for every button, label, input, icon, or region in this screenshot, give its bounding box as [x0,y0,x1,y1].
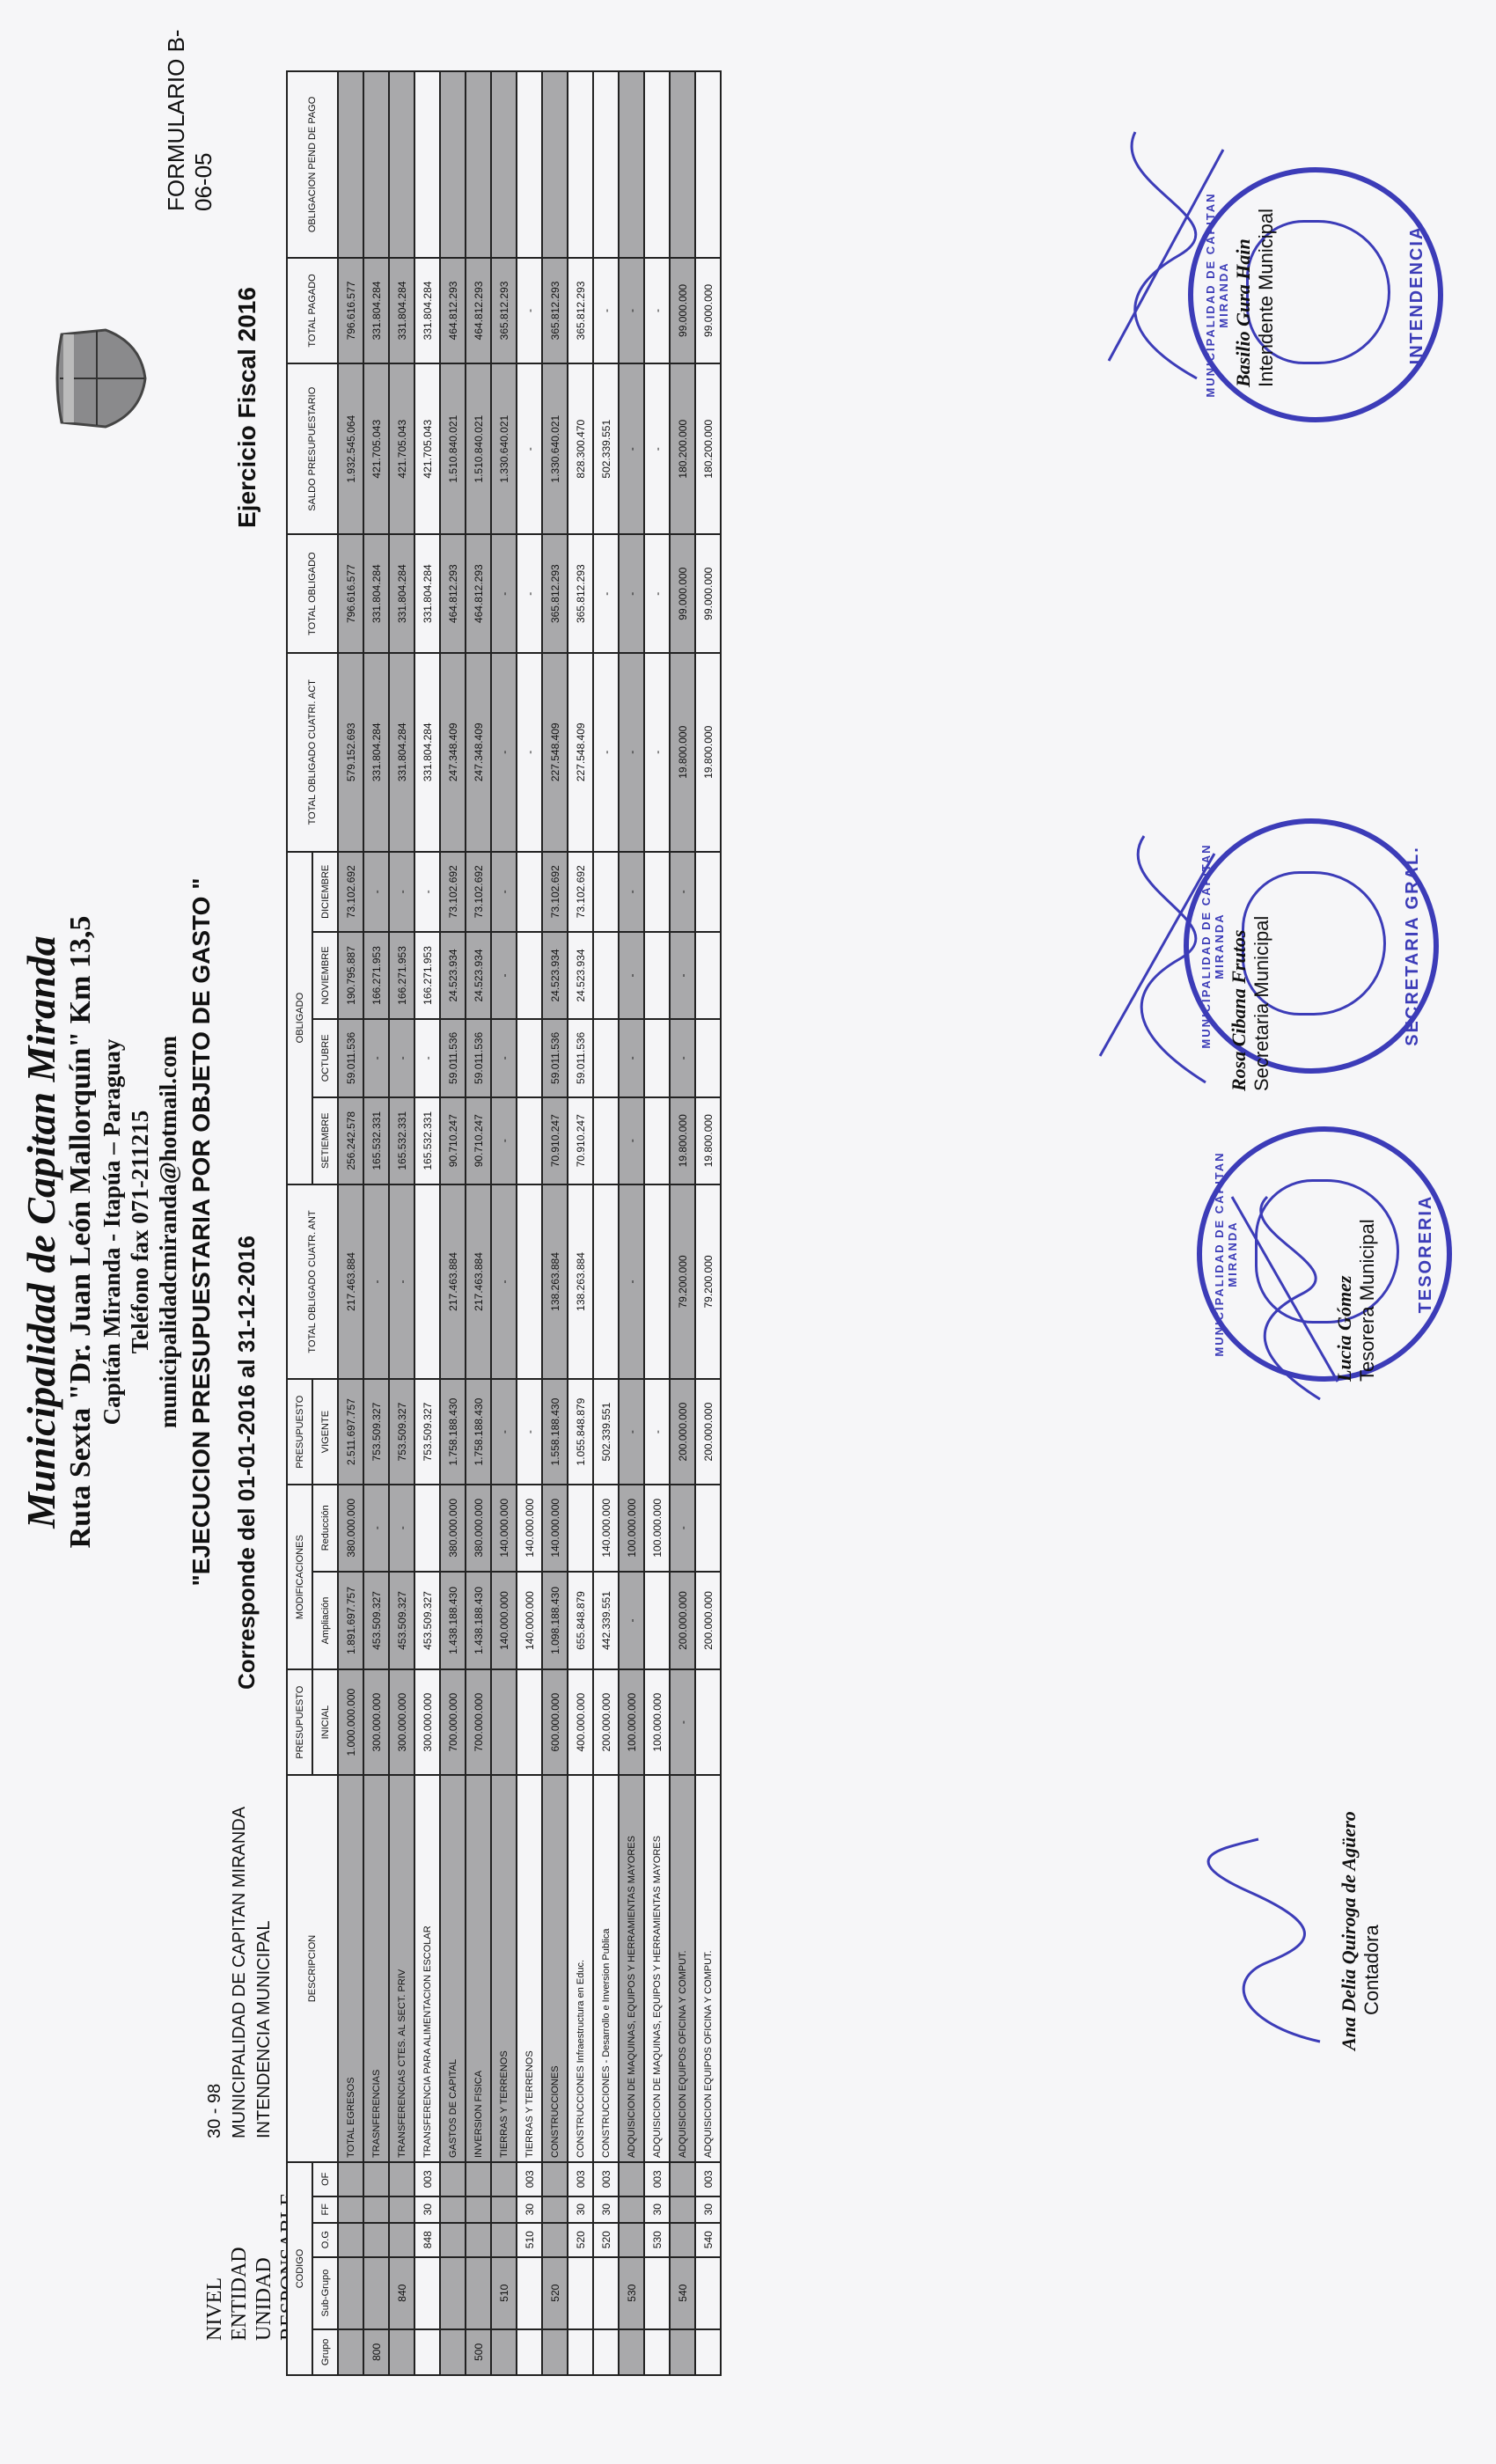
inicial-header: INICIAL [312,1669,338,1775]
cell-og [491,2223,517,2257]
subgrupo-header: Sub-Grupo [312,2257,338,2329]
cell-oct [644,1019,670,1097]
cell-set: 165.532.331 [389,1097,414,1184]
cell-of: 003 [593,2162,619,2196]
cell-of: 003 [695,2162,721,2196]
cell-set [517,1097,542,1184]
cell-oct: - [491,1019,517,1097]
cell-reduccion: - [363,1485,389,1572]
cell-oct: 59.011.536 [338,1019,363,1097]
cell-nov [517,932,542,1019]
cell-grupo [414,2329,440,2375]
cell-set: 256.242.578 [338,1097,363,1184]
cell-inicial: 300.000.000 [389,1669,414,1775]
table-row: 500INVERSION FISICA700.000.0001.438.188.… [466,71,491,2375]
cell-ff [491,2196,517,2223]
cell-nov: 190.795.887 [338,932,363,1019]
cell-desc: ADQUISICION DE MAQUINAS, EQUIPOS Y HERRA… [644,1775,670,2162]
cell-og: 540 [695,2223,721,2257]
cell-grupo [619,2329,644,2375]
cell-of [491,2162,517,2196]
cell-oct: - [619,1019,644,1097]
cell-of: 003 [414,2162,440,2196]
cell-nov: - [619,932,644,1019]
table-row: 520CONSTRUCCIONES600.000.0001.098.188.43… [542,71,568,2375]
cell-vigente: - [491,1379,517,1485]
cell-vigente: 200.000.000 [670,1379,695,1485]
cell-nov: 24.523.934 [440,932,466,1019]
cell-set [593,1097,619,1184]
cell-grupo [389,2329,414,2375]
cell-oblig_act: 331.804.284 [363,653,389,852]
budget-execution-table: CODIGO DESCRIPCION PRESUPUESTO MODIFICAC… [286,70,722,2376]
cell-nov [695,932,721,1019]
cell-ff: 30 [517,2196,542,2223]
cell-ampliacion: 453.509.327 [414,1572,440,1670]
cell-ampliacion: 140.000.000 [517,1572,542,1670]
cell-inicial: - [670,1669,695,1775]
cell-inicial: 600.000.000 [542,1669,568,1775]
cell-og: 510 [517,2223,542,2257]
cell-vigente: 502.339.551 [593,1379,619,1485]
cell-saldo: 1.330.640.021 [542,363,568,534]
cell-oblig_ant: 217.463.884 [466,1184,491,1380]
cell-set: 19.800.000 [670,1097,695,1184]
cell-dic: - [389,852,414,933]
cell-og [363,2223,389,2257]
cell-grupo: 800 [363,2329,389,2375]
cell-pagado: 99.000.000 [695,258,721,363]
cell-dic: - [414,852,440,933]
email: municipalidadcmiranda@hotmail.com [154,0,182,2464]
cell-saldo: - [619,363,644,534]
cell-nov: 166.271.953 [389,932,414,1019]
cell-oct [695,1019,721,1097]
cell-vigente: 1.758.188.430 [466,1379,491,1485]
cell-set: 165.532.331 [414,1097,440,1184]
cell-saldo: 1.330.640.021 [491,363,517,534]
cell-set: 90.710.247 [466,1097,491,1184]
cell-subgrupo [517,2257,542,2329]
cell-ampliacion: 200.000.000 [670,1572,695,1670]
entidad-label: ENTIDAD [227,2138,252,2341]
cell-pagado: - [517,258,542,363]
cell-of: 003 [517,2162,542,2196]
cell-grupo [491,2329,517,2375]
cell-pend [517,71,542,258]
cell-reduccion: 100.000.000 [644,1485,670,1572]
cell-pend [440,71,466,258]
cell-pagado: 365.812.293 [568,258,593,363]
cell-ampliacion: 200.000.000 [695,1572,721,1670]
cell-oblig_ant: 79.200.000 [695,1184,721,1380]
cell-subgrupo [466,2257,491,2329]
cell-pend [491,71,517,258]
cell-oblig_ant: - [389,1184,414,1380]
ampliacion-header: Ampliación [312,1572,338,1670]
cell-inicial: 300.000.000 [363,1669,389,1775]
cell-oblig_act: 331.804.284 [389,653,414,852]
cell-ampliacion: 655.848.879 [568,1572,593,1670]
setiembre-header: SETIEMBRE [312,1097,338,1184]
cell-oblig_ant: 79.200.000 [670,1184,695,1380]
table-row: 840TRANSFERENCIAS CTES. AL SECT. PRIV300… [389,71,414,2375]
cell-pend [695,71,721,258]
cell-nov [593,932,619,1019]
table-row: 52030003CONSTRUCCIONES - Desarrollo e In… [593,71,619,2375]
cell-pagado: 331.804.284 [414,258,440,363]
cell-vigente: 753.509.327 [414,1379,440,1485]
cell-og [619,2223,644,2257]
cell-nov: 24.523.934 [466,932,491,1019]
cell-ff [542,2196,568,2223]
table-row: 51030003TIERRAS Y TERRENOS140.000.000140… [517,71,542,2375]
cell-reduccion: 380.000.000 [466,1485,491,1572]
total-obligado-ant-header: TOTAL OBLIGADO CUATR. ANT [287,1184,338,1380]
cell-oblig_act: 247.348.409 [466,653,491,852]
cell-inicial: 100.000.000 [619,1669,644,1775]
cell-oblig_act: 579.152.693 [338,653,363,852]
signer-name: Rosa Cibana Frutos [1228,916,1250,1091]
cell-desc: ADQUISICION EQUIPOS OFICINA Y COMPUT. [670,1775,695,2162]
cell-ampliacion: 453.509.327 [389,1572,414,1670]
cell-oblig_act: - [491,653,517,852]
cell-total_oblig: - [593,534,619,653]
cell-oblig_act: 227.548.409 [542,653,568,852]
signature-contadora: Ana Delia Quiroga de Agüero Contadora [1338,1811,1383,2050]
signer-role: Contadora [1360,1811,1383,2050]
cell-total_oblig: - [619,534,644,653]
cell-og [670,2223,695,2257]
grupo-header: Grupo [312,2329,338,2375]
cell-grupo [695,2329,721,2375]
cell-grupo [670,2329,695,2375]
cell-oblig_ant: - [619,1184,644,1380]
cell-ff [466,2196,491,2223]
cell-pend [363,71,389,258]
cell-desc: TRASNFERENCIAS [363,1775,389,2162]
cell-reduccion: 140.000.000 [491,1485,517,1572]
cell-ff: 30 [695,2196,721,2223]
cell-ff [338,2196,363,2223]
cell-of [670,2162,695,2196]
cell-ff: 30 [414,2196,440,2223]
ff-header: FF [312,2196,338,2223]
cell-reduccion [568,1485,593,1572]
cell-of: 003 [568,2162,593,2196]
contadora-signature-icon [1188,1830,1346,2059]
cell-reduccion: 100.000.000 [619,1485,644,1572]
of-header: OF [312,2162,338,2196]
cell-ampliacion [644,1572,670,1670]
cell-total_oblig: - [517,534,542,653]
cell-dic: - [363,852,389,933]
cell-pagado: - [593,258,619,363]
cell-inicial: 100.000.000 [644,1669,670,1775]
cell-total_oblig: - [491,534,517,653]
cell-grupo [517,2329,542,2375]
cell-pagado: 365.812.293 [542,258,568,363]
cell-subgrupo [695,2257,721,2329]
cell-inicial: 300.000.000 [414,1669,440,1775]
cell-ampliacion: - [619,1572,644,1670]
cell-total_oblig: 365.812.293 [542,534,568,653]
cell-inicial: 700.000.000 [440,1669,466,1775]
cell-reduccion: 140.000.000 [542,1485,568,1572]
descripcion-header: DESCRIPCION [287,1775,338,2162]
cell-vigente: - [644,1379,670,1485]
cell-set: - [491,1097,517,1184]
cell-og [440,2223,466,2257]
cell-desc: GASTOS DE CAPITAL [440,1775,466,2162]
signer-name: Basilio Gura Hain [1232,209,1255,387]
cell-subgrupo [568,2257,593,2329]
cell-inicial [695,1669,721,1775]
cell-ampliacion: 1.438.188.430 [466,1572,491,1670]
cell-reduccion [414,1485,440,1572]
cell-of [466,2162,491,2196]
cell-oblig_ant [517,1184,542,1380]
cell-desc: TRANSFERENCIAS CTES. AL SECT. PRIV [389,1775,414,2162]
cell-oct: - [389,1019,414,1097]
cell-total_oblig: 796.616.577 [338,534,363,653]
cell-set: - [619,1097,644,1184]
cell-oblig_ant: 217.463.884 [338,1184,363,1380]
cell-desc: CONSTRUCCIONES Infraestructura en Educ. [568,1775,593,2162]
nivel-label: NIVEL [202,2138,227,2341]
cell-inicial [491,1669,517,1775]
cell-subgrupo: 540 [670,2257,695,2329]
cell-set: 90.710.247 [440,1097,466,1184]
cell-dic: 73.102.692 [338,852,363,933]
cell-reduccion: - [670,1485,695,1572]
cell-pend [338,71,363,258]
cell-ampliacion: 140.000.000 [491,1572,517,1670]
fiscal-year: Ejercicio Fiscal 2016 [233,287,261,528]
cell-subgrupo [593,2257,619,2329]
cell-subgrupo [338,2257,363,2329]
total-pagado-header: TOTAL PAGADO [287,258,338,363]
signer-role: Secretaria Municipal [1250,916,1273,1091]
cell-pagado: 331.804.284 [363,258,389,363]
signer-role: Intendente Municipal [1255,209,1278,387]
cell-oblig_ant: - [363,1184,389,1380]
cell-ampliacion: 1.891.697.757 [338,1572,363,1670]
cell-total_oblig: 464.812.293 [466,534,491,653]
cell-dic: 73.102.692 [440,852,466,933]
cell-grupo [338,2329,363,2375]
cell-vigente: 753.509.327 [389,1379,414,1485]
cell-pend [593,71,619,258]
cell-of: 003 [644,2162,670,2196]
cell-vigente: 1.055.848.879 [568,1379,593,1485]
cell-oblig_ant: 138.263.884 [568,1184,593,1380]
cell-dic [593,852,619,933]
cell-oblig_act: 247.348.409 [440,653,466,852]
cell-saldo: - [517,363,542,534]
cell-desc: ADQUISICION DE MAQUINAS, EQUIPOS Y HERRA… [619,1775,644,2162]
cell-oblig_act: - [619,653,644,852]
period: Corresponde del 01-01-2016 al 31-12-2016 [233,1236,260,1690]
cell-desc: CONSTRUCCIONES [542,1775,568,2162]
cell-oblig_act: - [517,653,542,852]
cell-vigente: 753.509.327 [363,1379,389,1485]
cell-oblig_act: 19.800.000 [695,653,721,852]
cell-inicial: 700.000.000 [466,1669,491,1775]
entidad-value: MUNICIPALIDAD DE CAPITAN MIRANDA [227,1807,252,2138]
cell-total_oblig: 365.812.293 [568,534,593,653]
cell-desc: TOTAL EGRESOS [338,1775,363,2162]
cell-set: 70.910.247 [542,1097,568,1184]
modificaciones-header: MODIFICACIONES [287,1485,312,1669]
cell-of [389,2162,414,2196]
cell-vigente: 1.758.188.430 [440,1379,466,1485]
presupuesto-header: PRESUPUESTO [287,1669,312,1775]
stamp-bottom-text: INTENDENCIA [1407,172,1427,417]
cell-ff: 30 [568,2196,593,2223]
cell-of [619,2162,644,2196]
cell-ff [440,2196,466,2223]
cell-subgrupo: 530 [619,2257,644,2329]
cell-total_oblig: 464.812.293 [440,534,466,653]
cell-reduccion: 140.000.000 [517,1485,542,1572]
cell-subgrupo [644,2257,670,2329]
cell-saldo: 1.932.545.064 [338,363,363,534]
cell-grupo [568,2329,593,2375]
cell-pagado: 331.804.284 [389,258,414,363]
cell-oblig_ant [593,1184,619,1380]
cell-dic: - [670,852,695,933]
cell-nov: 166.271.953 [414,932,440,1019]
cell-nov: - [670,932,695,1019]
cell-reduccion [695,1485,721,1572]
nivel-value: 30 - 98 [202,2084,227,2138]
cell-of [363,2162,389,2196]
stamp-bottom-text: TESORERIA [1416,1132,1436,1376]
cell-oblig_ant: 138.263.884 [542,1184,568,1380]
cell-oct [517,1019,542,1097]
cell-saldo: 421.705.043 [414,363,440,534]
cell-set [644,1097,670,1184]
cell-pagado: 464.812.293 [440,258,466,363]
cell-total_oblig: 331.804.284 [363,534,389,653]
cell-og: 530 [644,2223,670,2257]
cell-subgrupo: 510 [491,2257,517,2329]
cell-og: 520 [568,2223,593,2257]
cell-reduccion: 380.000.000 [440,1485,466,1572]
table-row: 54030003ADQUISICION EQUIPOS OFICINA Y CO… [695,71,721,2375]
table-row: TOTAL EGRESOS1.000.000.0001.891.697.7573… [338,71,363,2375]
cell-total_oblig: 331.804.284 [414,534,440,653]
table-row: 84830003TRANSFERENCIA PARA ALIMENTACION … [414,71,440,2375]
cell-dic: 73.102.692 [568,852,593,933]
cell-vigente: 200.000.000 [695,1379,721,1485]
cell-vigente: - [517,1379,542,1485]
cell-og [542,2223,568,2257]
cell-pend [644,71,670,258]
cell-oct: - [670,1019,695,1097]
cell-ampliacion: 1.438.188.430 [440,1572,466,1670]
cell-dic [517,852,542,933]
cell-dic: 73.102.692 [466,852,491,933]
cell-ampliacion: 1.098.188.430 [542,1572,568,1670]
cell-vigente: 1.558.188.430 [542,1379,568,1485]
phone: Teléfono fax 071-211215 [126,0,154,2464]
cell-total_oblig: - [644,534,670,653]
cell-ff [619,2196,644,2223]
cell-ampliacion: 453.509.327 [363,1572,389,1670]
cell-oblig_act: - [644,653,670,852]
cell-pagado: 796.616.577 [338,258,363,363]
og-header: O.G [312,2223,338,2257]
cell-saldo: 180.200.000 [670,363,695,534]
noviembre-header: NOVIEMBRE [312,932,338,1019]
cell-dic: - [619,852,644,933]
signature-tesorera: Lucia Gómez Tesorera Municipal [1333,1219,1379,1382]
municipality-name: Municipalidad de Capitan Miranda [18,0,64,2464]
cell-og [338,2223,363,2257]
cell-pagado: 99.000.000 [670,258,695,363]
cell-saldo: 421.705.043 [389,363,414,534]
cell-pend [619,71,644,258]
cell-dic: - [491,852,517,933]
cell-pagado: - [619,258,644,363]
table-row: 530ADQUISICION DE MAQUINAS, EQUIPOS Y HE… [619,71,644,2375]
cell-of [440,2162,466,2196]
cell-nov: 24.523.934 [542,932,568,1019]
cell-oblig_ant [644,1184,670,1380]
presupuesto-vigente-header: PRESUPUESTO [287,1379,312,1485]
cell-subgrupo [440,2257,466,2329]
cell-oct: 59.011.536 [568,1019,593,1097]
cell-subgrupo [363,2257,389,2329]
cell-pend [670,71,695,258]
cell-pend [466,71,491,258]
cell-desc: CONSTRUCCIONES - Desarrollo e Inversion … [593,1775,619,2162]
diciembre-header: DICIEMBRE [312,852,338,933]
cell-ff [389,2196,414,2223]
cell-oct: 59.011.536 [440,1019,466,1097]
vigente-header: VIGENTE [312,1379,338,1485]
octubre-header: OCTUBRE [312,1019,338,1097]
cell-vigente: 2.511.697.757 [338,1379,363,1485]
form-code: FORMULARIO B-06-05 [163,0,217,211]
cell-ff: 30 [644,2196,670,2223]
cell-og [389,2223,414,2257]
address: Ruta Sexta "Dr. Juan León Mallorquín" Km… [64,0,98,2464]
cell-oct: 59.011.536 [542,1019,568,1097]
cell-grupo [644,2329,670,2375]
cell-inicial: 1.000.000.000 [338,1669,363,1775]
cell-vigente: - [619,1379,644,1485]
cell-desc: TIERRAS Y TERRENOS [491,1775,517,2162]
cell-of [338,2162,363,2196]
cell-inicial: 400.000.000 [568,1669,593,1775]
cell-oblig_ant [414,1184,440,1380]
cell-ff [363,2196,389,2223]
cell-desc: ADQUISICION EQUIPOS OFICINA Y COMPUT. [695,1775,721,2162]
obligacion-pend-header: OBLIGACION PEND DE PAGO [287,71,338,258]
signature-intendente: Basilio Gura Hain Intendente Municipal [1232,209,1278,387]
cell-reduccion: 140.000.000 [593,1485,619,1572]
document-page: Municipalidad de Capitan Miranda Ruta Se… [0,0,1496,2464]
table-row: 53030003ADQUISICION DE MAQUINAS, EQUIPOS… [644,71,670,2375]
cell-pend [542,71,568,258]
cell-desc: INVERSION FISICA [466,1775,491,2162]
cell-set: 165.532.331 [363,1097,389,1184]
cell-ampliacion: 442.339.551 [593,1572,619,1670]
table-row: GASTOS DE CAPITAL700.000.0001.438.188.43… [440,71,466,2375]
